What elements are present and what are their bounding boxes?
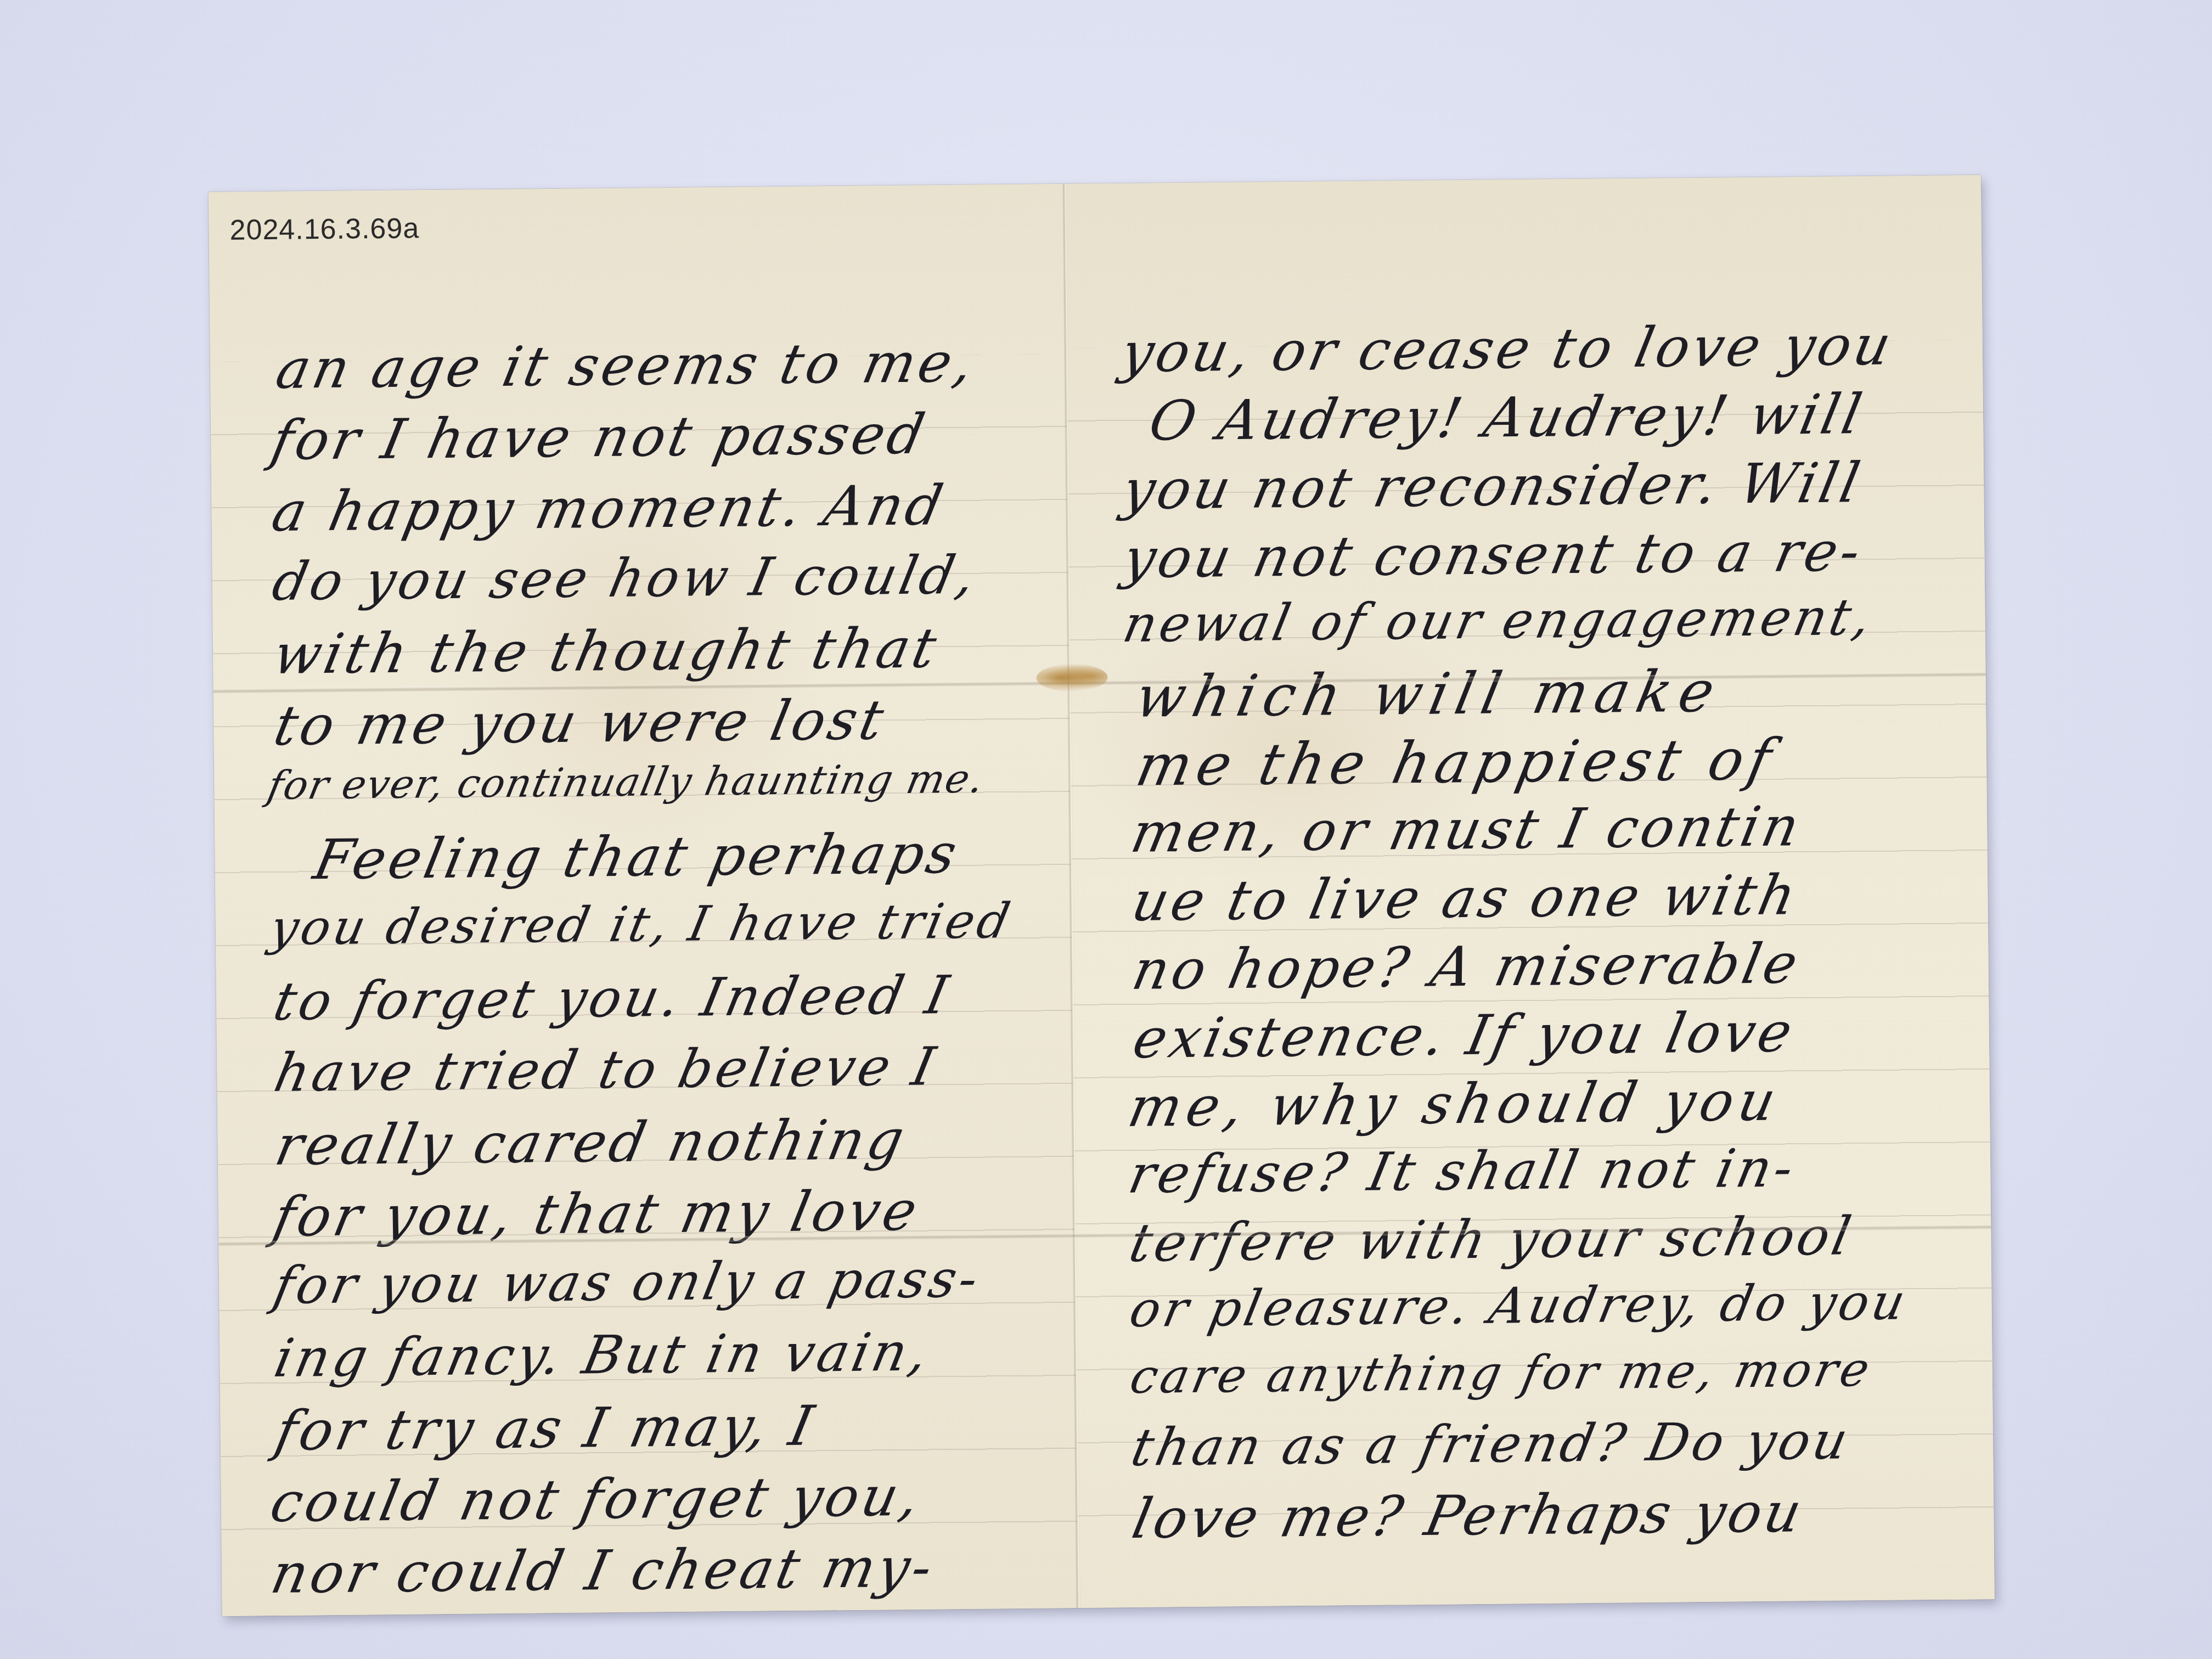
right-page: you, or cease to love you O Audrey! Audr… bbox=[1065, 175, 1995, 1608]
text-line: have tried to believe I bbox=[269, 1036, 943, 1104]
text-line: than as a friend? Do you bbox=[1127, 1411, 1856, 1478]
text-line: refuse? It shall not in- bbox=[1124, 1137, 1802, 1205]
text-line: could not forget you, bbox=[265, 1464, 928, 1535]
text-line: an age it seems to me, bbox=[271, 330, 982, 401]
text-line: you not consent to a re- bbox=[1118, 519, 1869, 591]
text-line: for I have not passed bbox=[266, 402, 933, 473]
letter-sheet: 2024.16.3.69a an age it seems to me, for… bbox=[209, 175, 1995, 1616]
text-line: me the happiest of bbox=[1131, 726, 1783, 799]
text-line: me, why should you bbox=[1123, 1068, 1787, 1139]
text-line: do you see how I could, bbox=[267, 544, 983, 612]
text-line: ue to live as one with bbox=[1127, 863, 1804, 933]
text-line: love me? Perhaps you bbox=[1127, 1480, 1810, 1551]
text-line: existence. If you love bbox=[1128, 1000, 1800, 1071]
text-line: Feeling that perhaps bbox=[308, 822, 965, 892]
text-line: no hope? A miserable bbox=[1127, 931, 1806, 1002]
left-page: 2024.16.3.69a an age it seems to me, for… bbox=[209, 184, 1078, 1616]
text-line: you desired it, I have tried bbox=[265, 892, 1017, 956]
text-line: men, or must I contin bbox=[1126, 794, 1808, 865]
text-line: really cared nothing bbox=[270, 1107, 913, 1178]
text-line: for you was only a pass- bbox=[269, 1249, 987, 1316]
text-line: ing fancy. But in vain, bbox=[269, 1321, 936, 1389]
text-line: with the thought that bbox=[268, 616, 945, 687]
text-line: care anything for me, more bbox=[1125, 1342, 1877, 1404]
text-line: terfere with your school bbox=[1124, 1205, 1859, 1274]
text-line: newal of our engagement, bbox=[1118, 588, 1879, 654]
text-line: or pleasure. Audrey, do you bbox=[1125, 1273, 1913, 1339]
text-line: you, or cease to love you bbox=[1116, 313, 1899, 385]
text-line: nor could I cheat my- bbox=[266, 1535, 941, 1606]
catalog-number: 2024.16.3.69a bbox=[229, 212, 419, 246]
text-line: O Audrey! Audrey! will bbox=[1144, 382, 1870, 453]
text-line: which will make bbox=[1130, 657, 1727, 730]
text-line: to forget you. Indeed I bbox=[269, 964, 957, 1032]
text-line: for ever, continually haunting me. bbox=[264, 755, 989, 808]
text-line: for try as I may, I bbox=[270, 1393, 822, 1463]
text-line: a happy moment. And bbox=[267, 473, 951, 544]
text-line: you not reconsider. Will bbox=[1117, 451, 1868, 522]
text-line: to me you were lost bbox=[269, 688, 892, 758]
